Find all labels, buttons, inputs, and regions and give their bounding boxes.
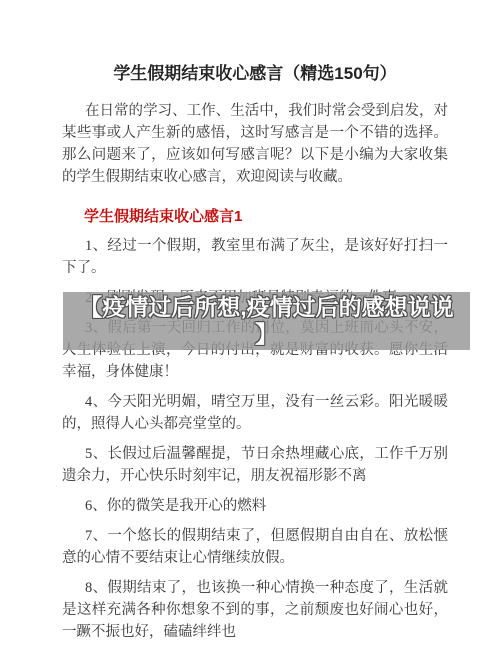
watermark-overlay-banner[interactable]: 【疫情过后所想,疫情过后的感想说说 】 (63, 292, 470, 350)
quote-item-1: 1、经过一个假期，教室里布满了灰尘，是该好好打扫一下了。 (62, 235, 448, 279)
page-title: 学生假期结束收心感言（精选150句） (62, 63, 448, 85)
intro-paragraph: 在日常的学习、工作、生活中，我们时常会受到启发，对某些事或人产生新的感悟，这时写… (62, 100, 448, 188)
quote-item-5: 5、长假过后温馨醒提，节日余热埋藏心底，工作千万别遗余力，开心快乐时刻牢记，朋友… (62, 443, 448, 487)
section-heading: 学生假期结束收心感言1 (84, 207, 448, 227)
quote-item-6: 6、你的微笑是我开心的燃料 (62, 495, 448, 517)
quote-item-4: 4、今天阳光明媚，晴空万里，没有一丝云彩。阳光暖暖的，照得人心头都亮堂堂的。 (62, 391, 448, 435)
document-page: 学生假期结束收心感言（精选150句） 在日常的学习、工作、生活中，我们时常会受到… (0, 0, 500, 647)
quote-item-7: 7、一个悠长的假期结束了，但愿假期自由自在、放松惬意的心情不要结束让心情继续放假… (62, 525, 448, 569)
quote-item-8: 8、假期结束了，也该换一种心情换一种态度了，生活就是这样充满各种你想象不到的事，… (62, 577, 448, 643)
watermark-text-line1: 【疫情过后所想,疫情过后的感想说说 (79, 294, 453, 321)
watermark-text-line2: 】 (255, 321, 278, 348)
